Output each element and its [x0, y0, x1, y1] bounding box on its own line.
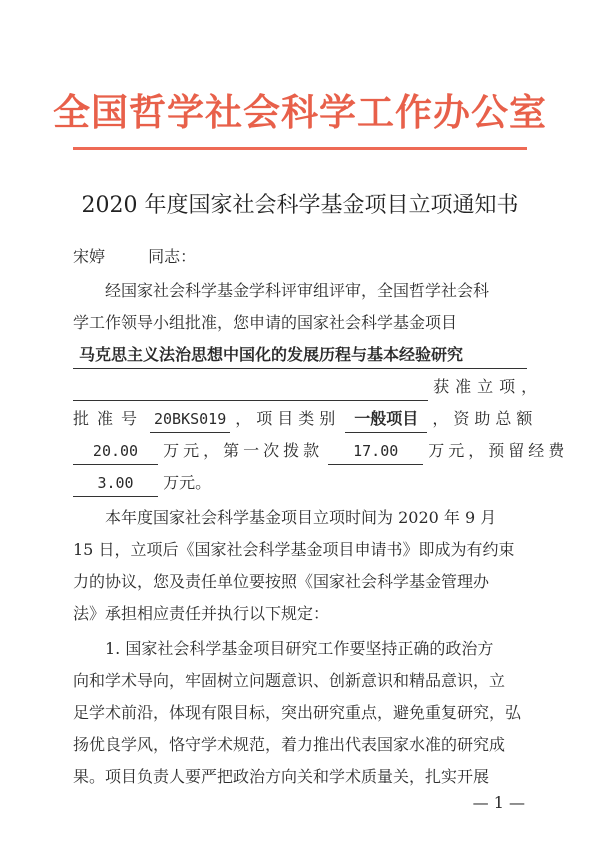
project-title: 马克思主义法治思想中国化的发展历程与基本经验研究 [73, 342, 527, 369]
approval-info-line: 批准号 20BKS019 ，项目类别 一般项目 ，资助总额 [73, 406, 527, 432]
text: 学工作领导小组批准，您申请的国家社会科学基金项目 [73, 310, 457, 336]
header-divider [73, 147, 527, 150]
unit-text: 万元。 [163, 473, 211, 492]
text: 15 日，立项后《国家社会科学基金项目申请书》即成为有约束 [73, 537, 514, 563]
paragraph2-line2: 15 日，立项后《国家社会科学基金项目申请书》即成为有约束 [73, 537, 527, 563]
salutation: 同志： [148, 247, 196, 266]
paragraph2-line1: 本年度国家社会科学基金项目立项时间为 2020 年 9 月 [105, 505, 527, 531]
reserved-line: 3.00 万元。 [73, 470, 527, 496]
reserved-amount: 3.00 [73, 470, 158, 497]
text: 1. 国家社会科学基金项目研究工作要坚持正确的政治方 [105, 639, 493, 658]
category-label: ，项目类别 [235, 409, 340, 428]
project-category: 一般项目 [345, 406, 427, 433]
recipient-line: 宋婷 同志： [73, 244, 196, 267]
text: 法》承担相应责任并执行以下规定： [73, 604, 329, 623]
rule1-line5: 果。项目负责人要严把政治方向关和学术质量关，扎实开展 [73, 764, 527, 790]
approved-text: 获准立项， [433, 377, 543, 396]
text: 本年度国家社会科学基金项目立项时间为 2020 年 9 月 [105, 505, 496, 531]
text: 力的协议，您及责任单位要按照《国家社会科学基金管理办 [73, 569, 489, 595]
approved-line: 获准立项， [73, 374, 527, 400]
org-header-title: 全国哲学社会科学工作办公室 [0, 82, 600, 136]
reserved-label: 万元，预留经费 [428, 441, 568, 460]
rule1-line2: 向和学术导向，牢固树立问题意识、创新意识和精品意识，立 [73, 668, 527, 694]
text: 扬优良学风，恪守学术规范，着力推出代表国家水准的研究成 [73, 735, 505, 754]
approval-number: 20BKS019 [150, 406, 230, 433]
document-title: 2020 年度国家社会科学基金项目立项通知书 [0, 188, 600, 219]
project-title-text: 马克思主义法治思想中国化的发展历程与基本经验研究 [73, 345, 463, 364]
paragraph1-line2: 学工作领导小组批准，您申请的国家社会科学基金项目 [73, 310, 527, 336]
paragraph2-line4: 法》承担相应责任并执行以下规定： [73, 601, 527, 627]
text: 经国家社会科学基金学科评审组评审，全国哲学社会科 [105, 278, 489, 304]
total-amount: 20.00 [73, 438, 158, 465]
rule1-line4: 扬优良学风，恪守学术规范，着力推出代表国家水准的研究成 [73, 732, 527, 758]
recipient-name: 宋婷 [73, 244, 143, 267]
first-payment-label: 万元，第一次拨款 [163, 441, 323, 460]
text: 向和学术导向，牢固树立问题意识、创新意识和精品意识，立 [73, 671, 505, 690]
rule1-line1: 1. 国家社会科学基金项目研究工作要坚持正确的政治方 [105, 636, 527, 662]
first-payment-amount: 17.00 [328, 438, 423, 465]
text: 足学术前沿，体现有限目标，突出研究重点，避免重复研究，弘 [73, 703, 521, 722]
approval-no-label: 批准号 [73, 409, 145, 428]
blank-fill [73, 374, 428, 401]
funding-line: 20.00 万元，第一次拨款 17.00 万元，预留经费 [73, 438, 527, 464]
total-label: ，资助总额 [432, 409, 537, 428]
paragraph2-line3: 力的协议，您及责任单位要按照《国家社会科学基金管理办 [73, 569, 527, 595]
page-number: — 1 — [473, 793, 525, 812]
paragraph1-line1: 经国家社会科学基金学科评审组评审，全国哲学社会科 [105, 278, 527, 304]
text: 果。项目负责人要严把政治方向关和学术质量关，扎实开展 [73, 767, 489, 786]
rule1-line3: 足学术前沿，体现有限目标，突出研究重点，避免重复研究，弘 [73, 700, 527, 726]
